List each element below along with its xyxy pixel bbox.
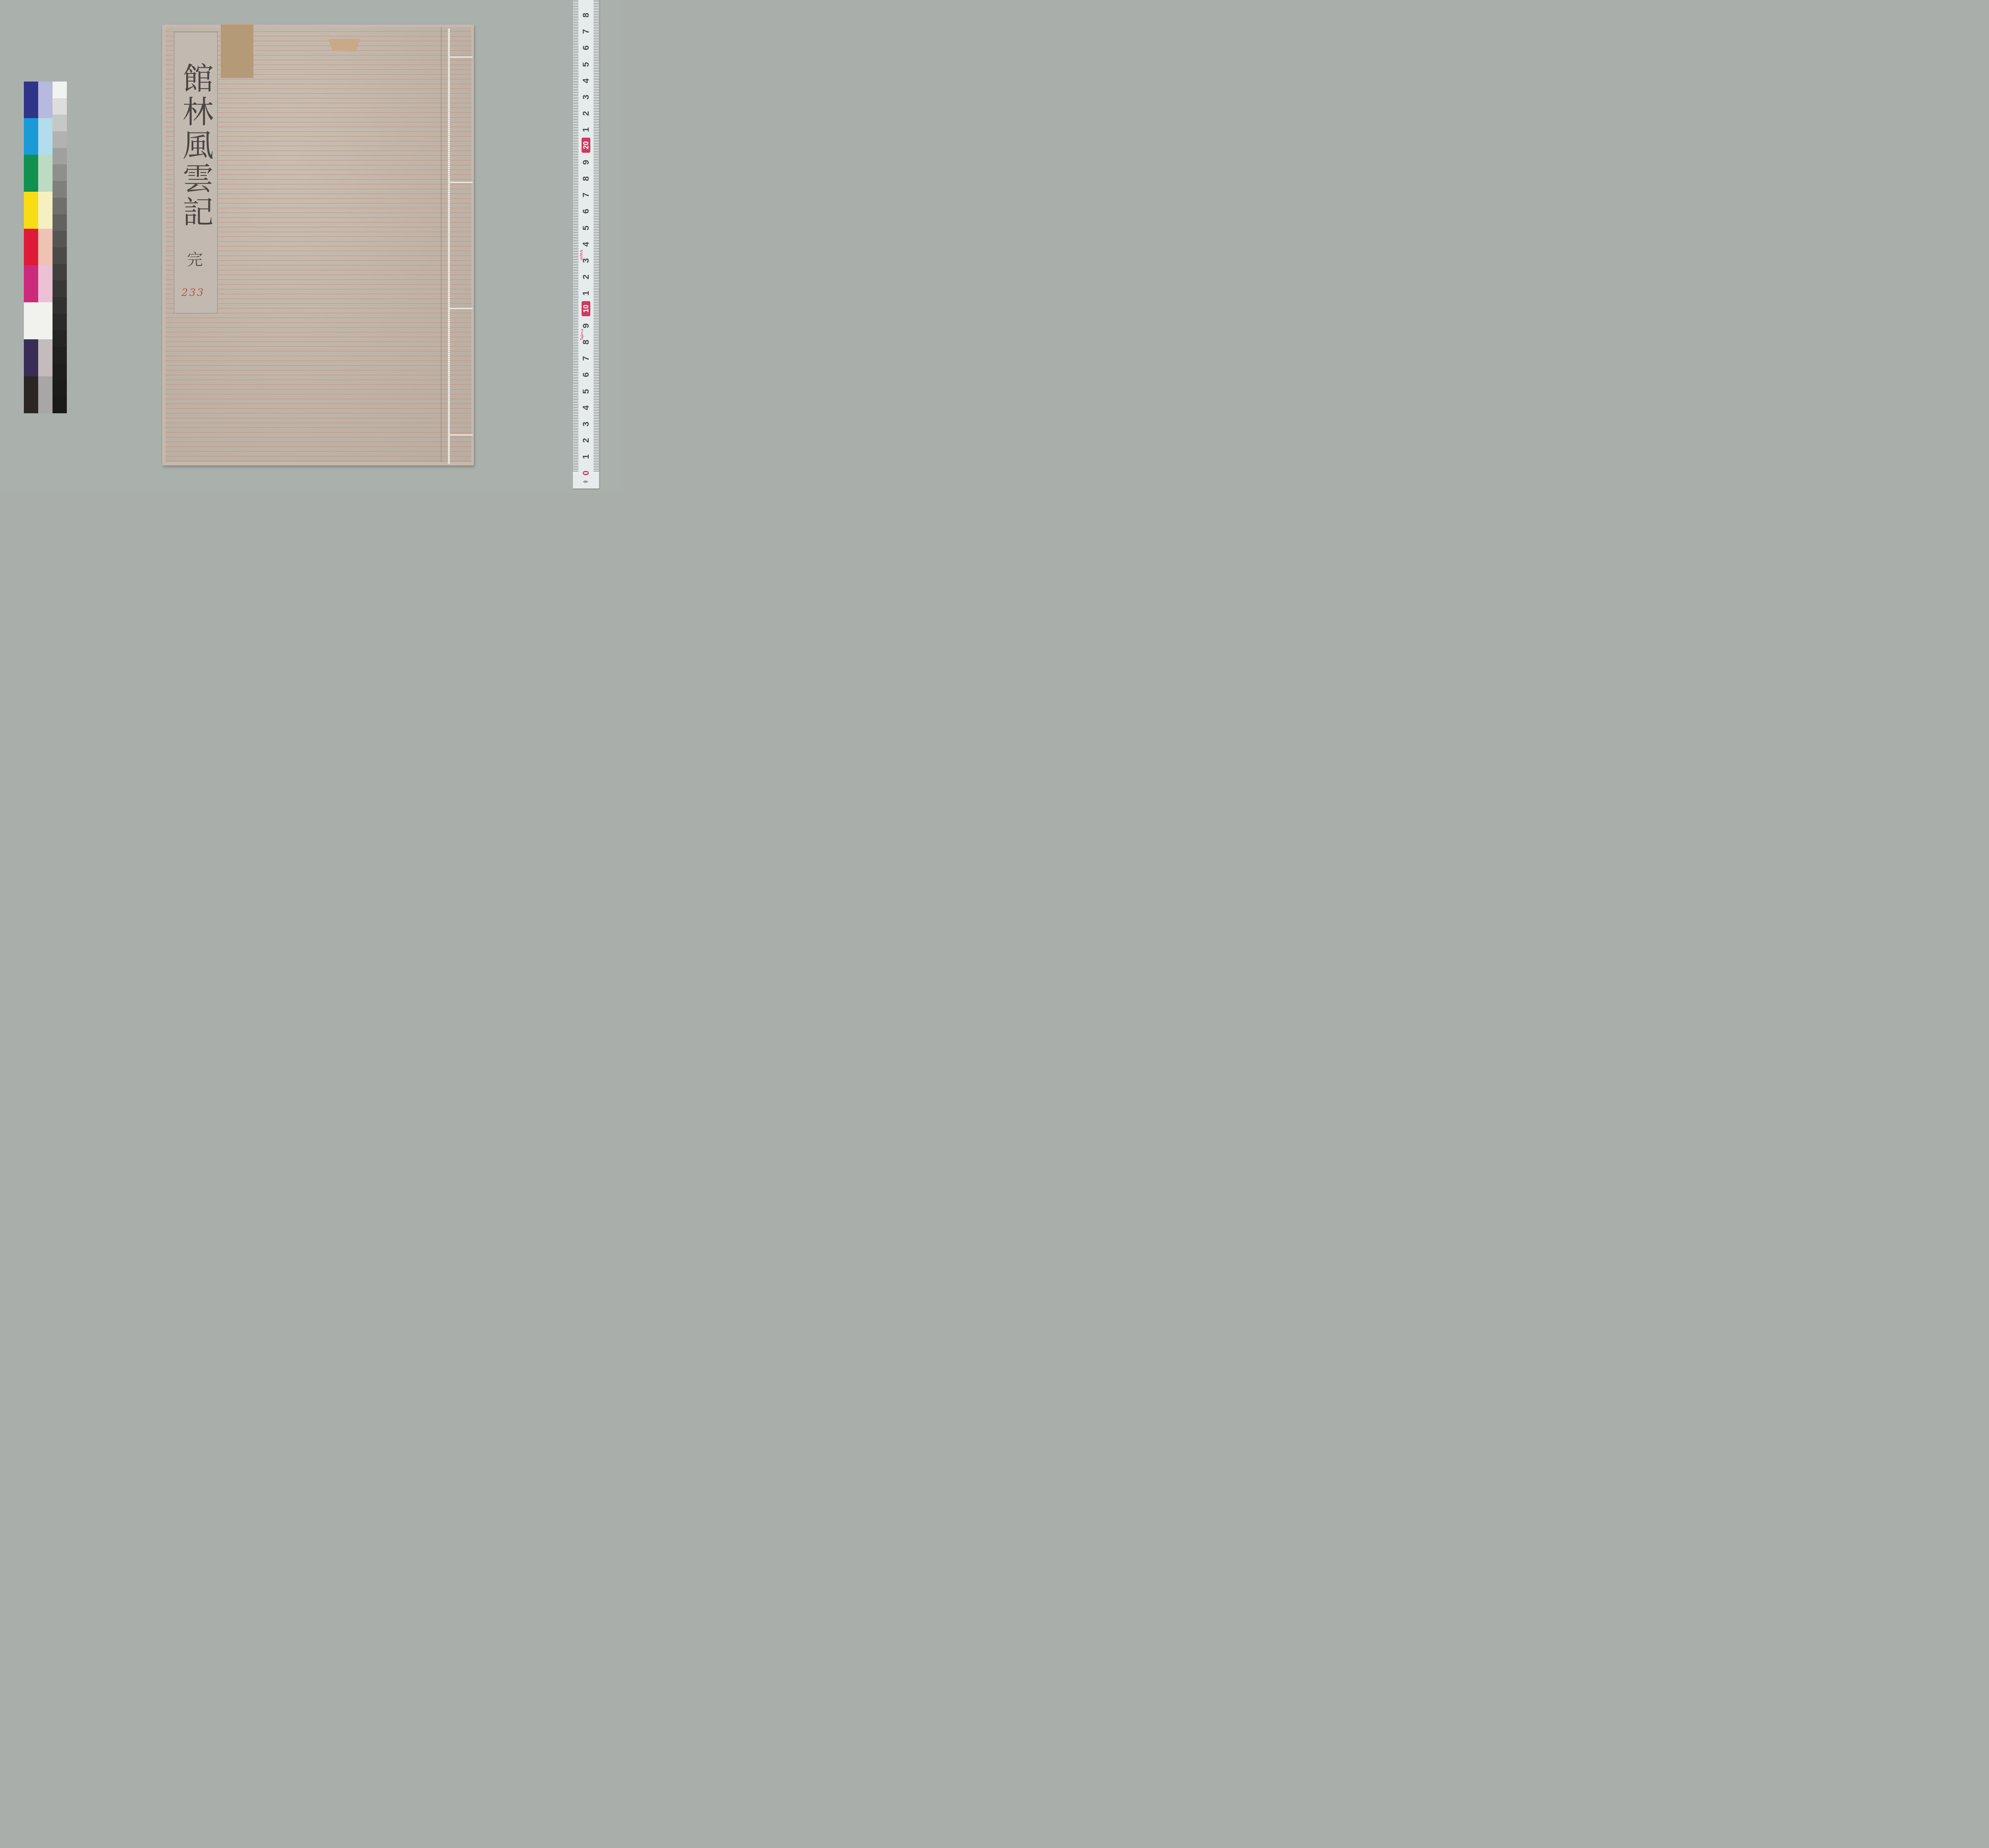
- bound-book: 館林風雲記 完 233: [162, 25, 474, 465]
- call-number: 233: [181, 287, 205, 299]
- gray-step-8: [53, 198, 67, 214]
- color-chart-middle-column: [38, 82, 53, 413]
- ruler-label-17: 7: [581, 187, 591, 202]
- color-swatch-light-violet: [38, 82, 53, 118]
- ruler-label-3: 3: [581, 416, 591, 432]
- color-swatch-light-salmon: [38, 229, 53, 265]
- ruler-label-5: 5: [581, 384, 591, 399]
- gray-step-19: [53, 380, 67, 397]
- binding-thread-top: [449, 56, 473, 58]
- color-calibration-chart: [24, 82, 67, 413]
- book-title: 館林風雲記: [174, 52, 217, 239]
- measuring-tape-ruler: Tajima JAPAN 012345678910123456789201234…: [573, 0, 599, 488]
- gray-step-20: [53, 397, 67, 413]
- ruler-label-27: 7: [581, 24, 591, 39]
- gray-step-17: [53, 347, 67, 364]
- ruler-label-10: 10: [582, 301, 590, 316]
- gray-step-2: [53, 98, 67, 115]
- paper-tape-patch: [221, 24, 253, 78]
- ruler-label-20: 20: [582, 138, 590, 153]
- spine-fold-line: [441, 27, 442, 462]
- ruler-label-16: 6: [581, 204, 591, 219]
- gray-step-4: [53, 131, 67, 148]
- color-swatch-green: [24, 155, 38, 192]
- binding-thread-upper-middle: [449, 182, 473, 183]
- ruler-label-6: 6: [581, 367, 591, 382]
- cover-tear-patch: [329, 39, 360, 52]
- title-slip: 館林風雲記 完 233: [174, 32, 218, 313]
- gray-step-15: [53, 314, 67, 331]
- archival-photo-stage: 館林風雲記 完 233 Tajima JAPAN 012345678910123…: [0, 0, 624, 493]
- color-swatch-magenta: [24, 265, 38, 302]
- ruler-label-23: 3: [581, 89, 591, 105]
- gray-step-12: [53, 264, 67, 281]
- color-swatch-light-mauve: [38, 339, 53, 376]
- color-swatch-light-pink: [38, 265, 53, 302]
- ruler-label-26: 6: [581, 40, 591, 55]
- ruler-label-8: 8: [581, 335, 591, 350]
- gray-step-1: [53, 82, 67, 98]
- ruler-label-18: 8: [581, 171, 591, 186]
- gray-step-7: [53, 181, 67, 198]
- ruler-label-11: 1: [581, 286, 591, 301]
- ruler-label-1: 1: [581, 449, 591, 464]
- ruler-label-7: 7: [581, 351, 591, 366]
- color-swatch-light-green: [38, 155, 53, 192]
- volume-mark: 完: [187, 247, 203, 270]
- ruler-label-12: 2: [581, 269, 591, 284]
- ruler-label-15: 5: [581, 220, 591, 235]
- color-swatch-light-yellow: [38, 192, 53, 229]
- ruler-label-28: 8: [581, 8, 591, 23]
- gray-step-5: [53, 148, 67, 165]
- color-swatch-purple: [24, 339, 38, 376]
- binding-thread-vertical: [448, 29, 450, 464]
- ruler-label-9: 9: [581, 318, 591, 333]
- gray-step-13: [53, 280, 67, 297]
- gray-step-9: [53, 214, 67, 231]
- ruler-label-2: 2: [581, 433, 591, 448]
- gray-step-16: [53, 330, 67, 347]
- ruler-label-21: 1: [581, 122, 591, 137]
- color-chart-left-column: [24, 82, 38, 413]
- ruler-rivet: [583, 480, 588, 483]
- color-swatch-red: [24, 229, 38, 265]
- ruler-label-14: 4: [581, 237, 591, 252]
- gray-step-3: [53, 115, 67, 131]
- ruler-label-24: 4: [581, 73, 591, 88]
- ruler-label-4: 4: [581, 400, 591, 415]
- gray-step-10: [53, 231, 67, 247]
- gray-scale-strip: [53, 82, 67, 413]
- binding-thread-lower-middle: [449, 308, 473, 309]
- ruler-label-25: 5: [581, 57, 591, 72]
- color-swatch-white: [24, 302, 38, 339]
- color-swatch-light-cyan: [38, 118, 53, 155]
- gray-step-11: [53, 247, 67, 264]
- ruler-label-22: 2: [581, 106, 591, 121]
- ruler-label-13: 3: [581, 253, 591, 268]
- color-swatch-blue: [24, 82, 38, 118]
- gray-step-6: [53, 164, 67, 181]
- color-swatch-white: [38, 302, 53, 339]
- ruler-ticks-left: [573, 0, 578, 473]
- gray-step-14: [53, 297, 67, 314]
- ruler-label-0: 0: [581, 465, 591, 480]
- gray-step-18: [53, 364, 67, 380]
- color-swatch-mid-gray: [38, 376, 53, 413]
- color-swatch-yellow: [24, 192, 38, 229]
- color-swatch-cyan: [24, 118, 38, 155]
- color-swatch-black: [24, 376, 38, 413]
- ruler-ticks-right: [594, 0, 599, 473]
- binding-thread-bottom: [449, 434, 473, 436]
- ruler-label-19: 9: [581, 155, 591, 170]
